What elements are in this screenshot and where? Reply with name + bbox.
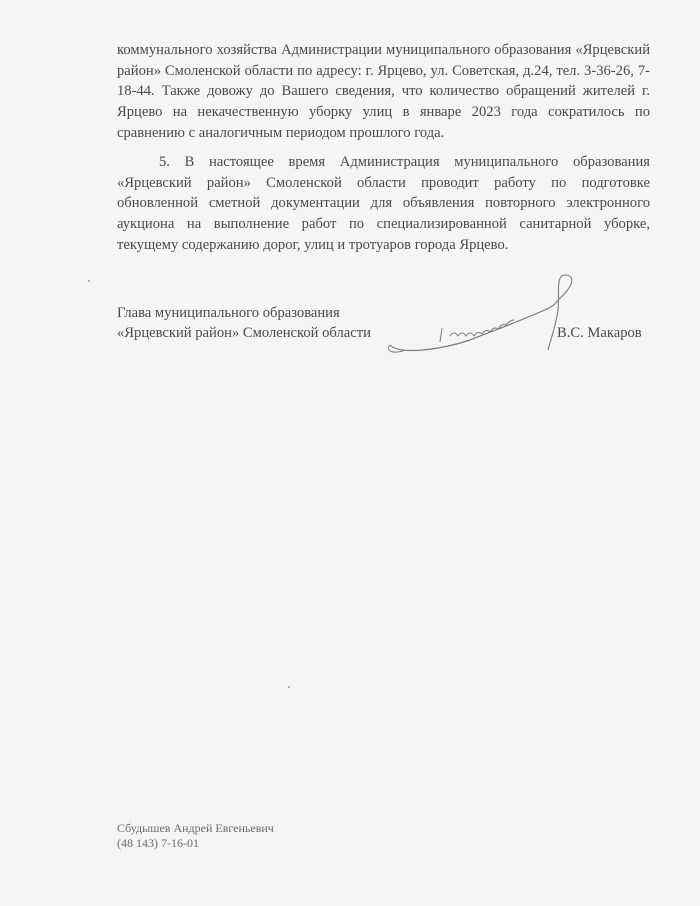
scan-speck <box>88 280 90 282</box>
signatory-title: Глава муниципального образования «Ярцевс… <box>117 303 371 343</box>
signatory-title-line1: Глава муниципального образования <box>117 303 371 323</box>
signatory-title-line2: «Ярцевский район» Смоленской области <box>117 323 371 343</box>
executor-info: Сбудышев Андрей Евгеньевич (48 143) 7-16… <box>117 821 274 851</box>
executor-phone: (48 143) 7-16-01 <box>117 836 274 851</box>
scan-speck <box>288 686 290 688</box>
document-page: коммунального хозяйства Администрации му… <box>0 0 700 906</box>
executor-name: Сбудышев Андрей Евгеньевич <box>117 821 274 836</box>
paragraph-continuation: коммунального хозяйства Администрации му… <box>117 40 650 144</box>
handwritten-signature-icon <box>380 270 580 360</box>
paragraph-item-5: 5. В настоящее время Администрация муниц… <box>117 152 650 256</box>
signatory-name: В.С. Макаров <box>557 323 642 343</box>
